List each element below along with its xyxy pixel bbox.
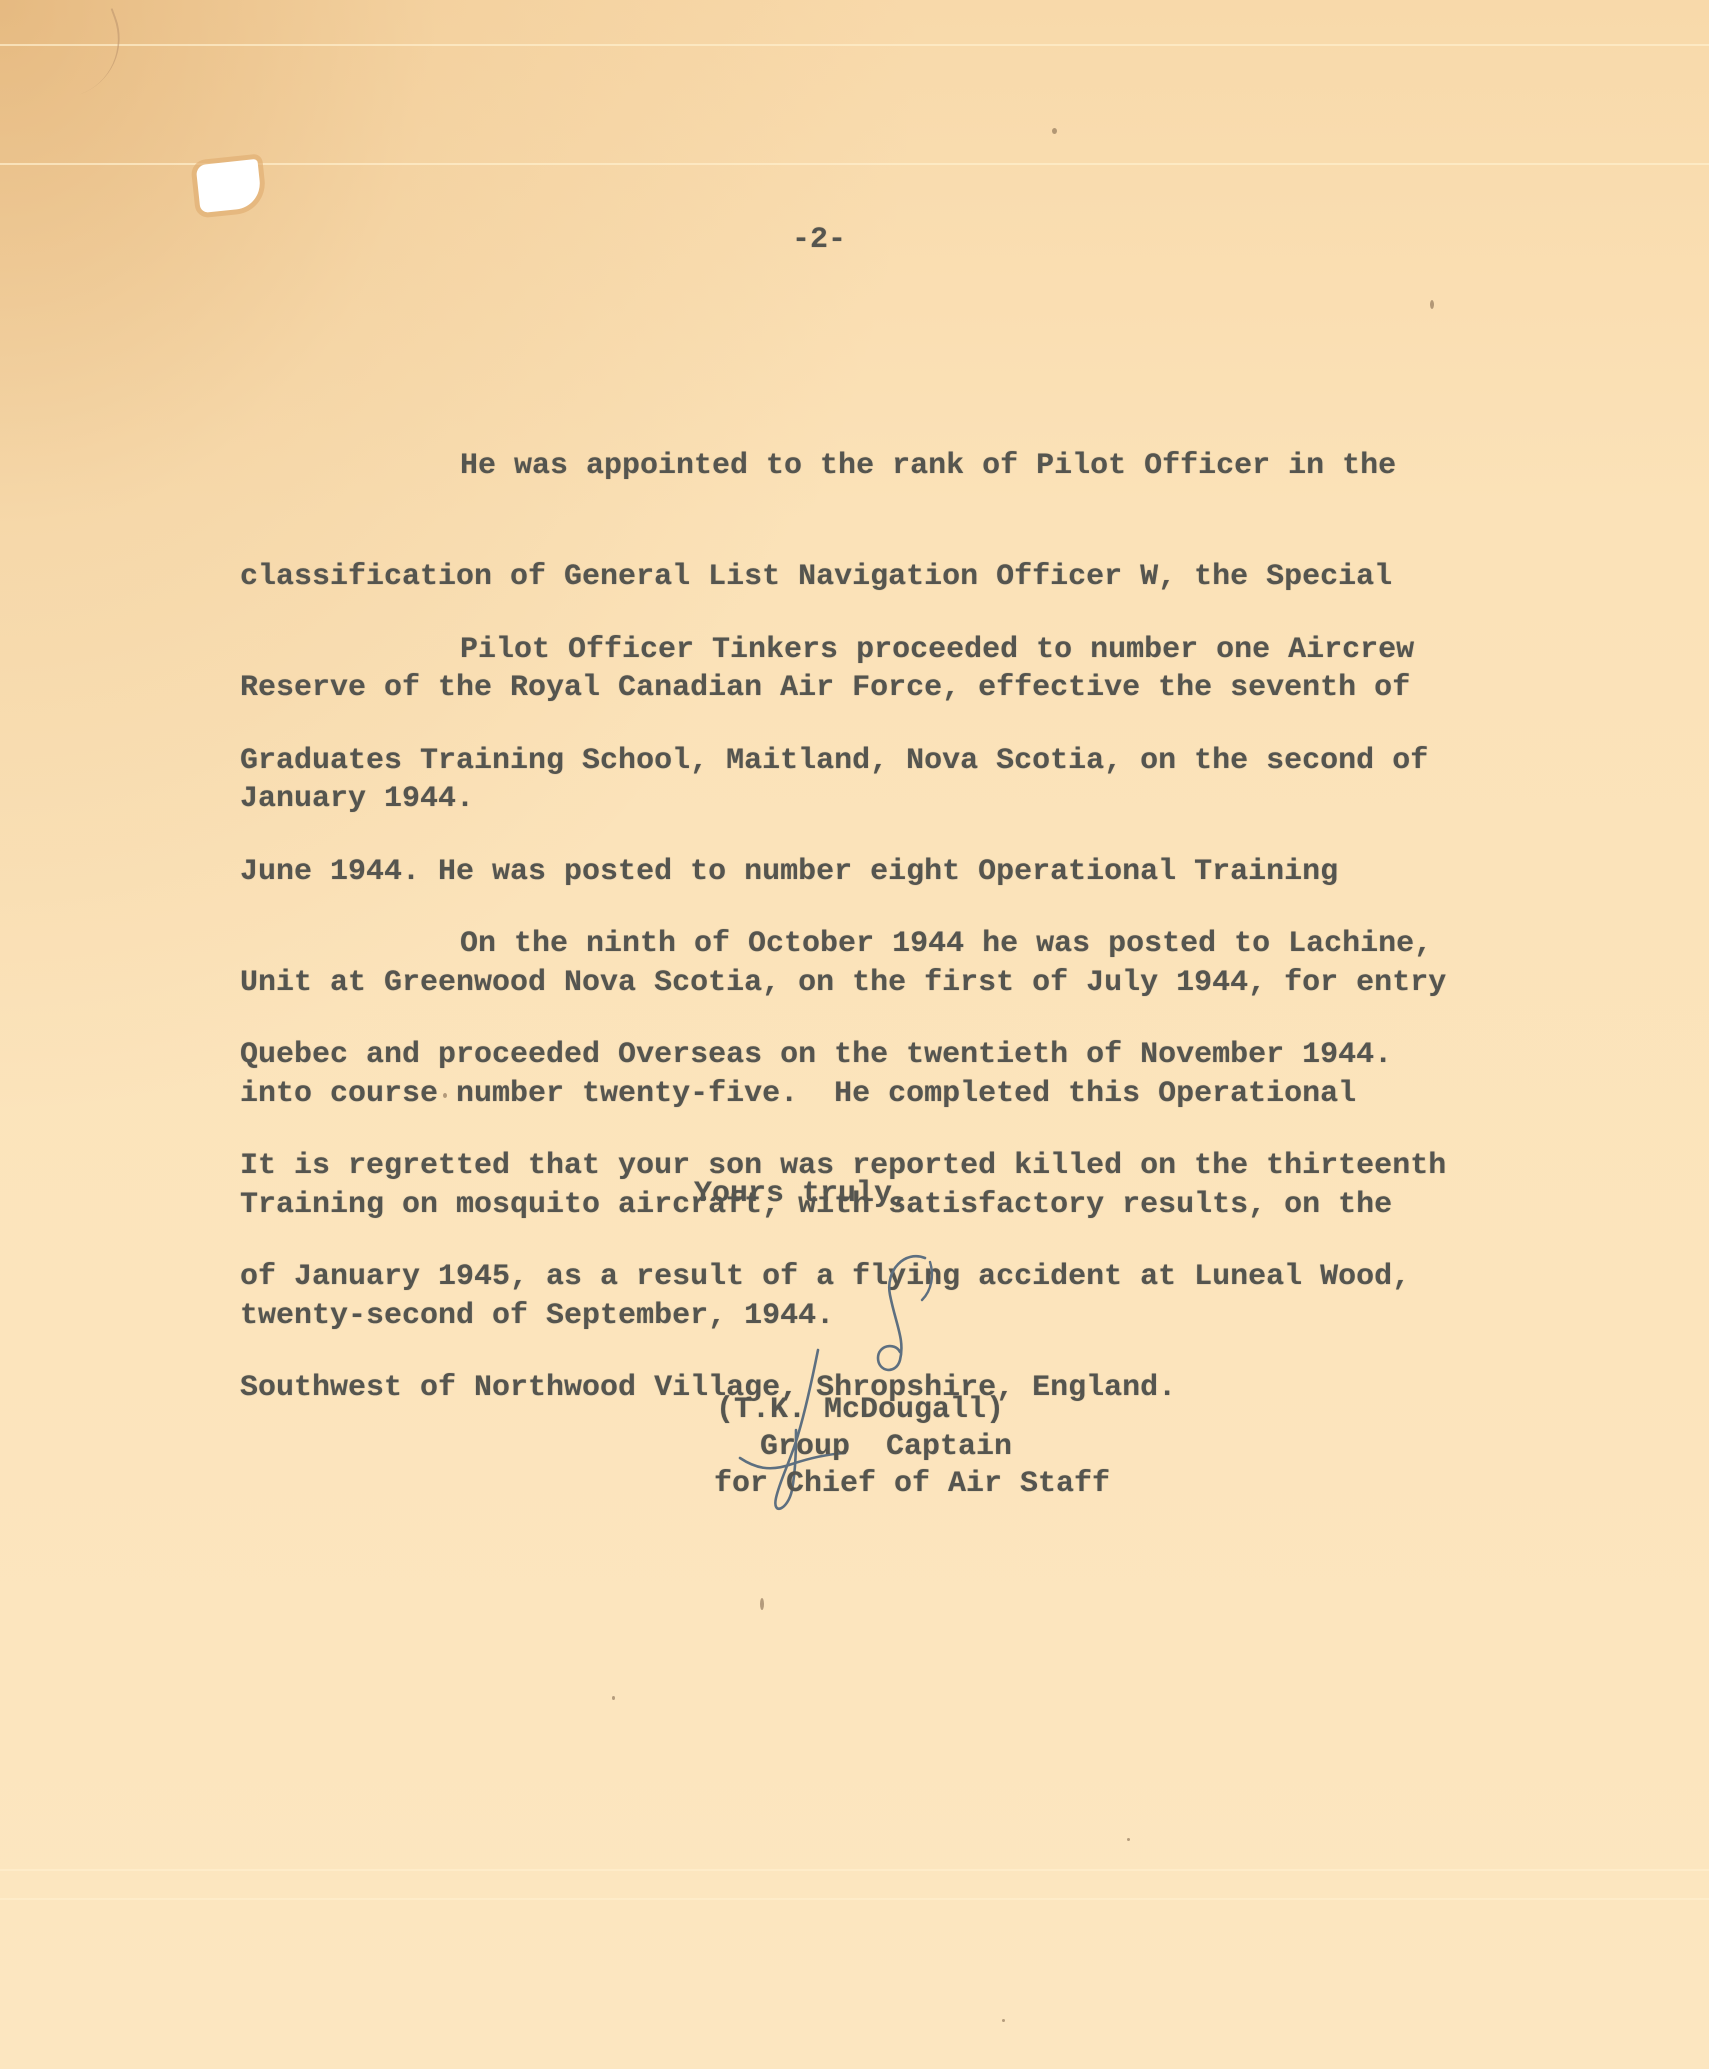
paper-fold-line [0, 1869, 1709, 1871]
signatory-on-behalf-of: for Chief of Air Staff [714, 1466, 1110, 1503]
signatory-name: (T.K. McDougall) [716, 1392, 1004, 1429]
paper-fold-line [0, 1898, 1709, 1900]
closing-salutation: Yours truly, [694, 1176, 910, 1213]
paper-speck [1127, 1838, 1130, 1841]
paper-speck [1430, 300, 1434, 309]
paper-speck [1052, 128, 1057, 134]
paper-fold-line [0, 44, 1709, 46]
text-line: On the ninth of October 1944 he was post… [240, 926, 1446, 963]
page-number: -2- [792, 222, 846, 259]
text-line: Graduates Training School, Maitland, Nov… [240, 743, 1446, 780]
paper-speck [612, 1696, 615, 1700]
text-line: He was appointed to the rank of Pilot Of… [240, 448, 1410, 485]
signatory-rank: Group Captain [760, 1429, 1012, 1466]
text-line: Pilot Officer Tinkers proceeded to numbe… [240, 632, 1446, 669]
text-line: Quebec and proceeded Overseas on the twe… [240, 1037, 1446, 1074]
paper-speck [1002, 2019, 1005, 2022]
paper-speck [760, 1598, 764, 1610]
